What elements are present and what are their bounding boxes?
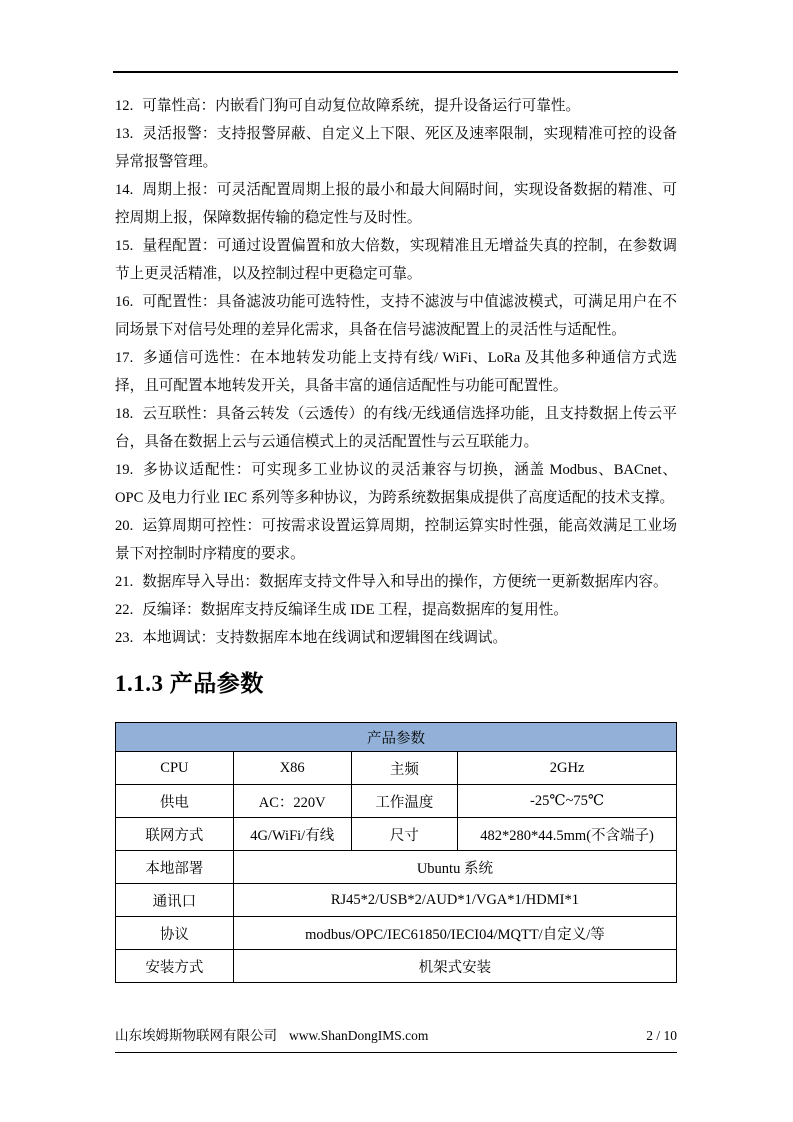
list-item-text: 灵活报警：支持报警屏蔽、自定义上下限、死区及速率限制，实现精准可控的设备异常报警… bbox=[115, 126, 677, 170]
param-label: CPU bbox=[116, 752, 234, 785]
table-header-row: 产品参数 bbox=[116, 723, 677, 752]
table-title: 产品参数 bbox=[116, 723, 677, 752]
list-item: 23.本地调试：支持数据库本地在线调试和逻辑图在线调试。 bbox=[115, 624, 677, 652]
list-item-text: 数据库导入导出：数据库支持文件导入和导出的操作，方便统一更新数据库内容。 bbox=[142, 574, 667, 590]
section-heading: 1.1.3 产品参数 bbox=[115, 667, 677, 701]
list-item-text: 量程配置：可通过设置偏置和放大倍数，实现精准且无增益失真的控制，在参数调节上更灵… bbox=[115, 238, 677, 282]
product-parameters-table: 产品参数 CPU X86 主频 2GHz 供电 AC：220V 工作温度 -25… bbox=[115, 722, 677, 983]
table-row: 通讯口 RJ45*2/USB*2/AUD*1/VGA*1/HDMI*1 bbox=[116, 884, 677, 917]
document-page: 12.可靠性高：内嵌看门狗可自动复位故障系统，提升设备运行可靠性。 13.灵活报… bbox=[0, 0, 793, 1122]
header-rule bbox=[113, 71, 678, 73]
list-item-number: 15. bbox=[115, 238, 142, 254]
param-value: -25℃~75℃ bbox=[458, 785, 677, 818]
list-item-number: 17. bbox=[115, 350, 142, 366]
page-footer: 山东埃姆斯物联网有限公司www.ShanDongIMS.com 2 / 10 bbox=[115, 1026, 677, 1046]
footer-left: 山东埃姆斯物联网有限公司www.ShanDongIMS.com bbox=[115, 1026, 428, 1046]
list-item: 21.数据库导入导出：数据库支持文件导入和导出的操作，方便统一更新数据库内容。 bbox=[115, 568, 677, 596]
list-item-number: 19. bbox=[115, 462, 142, 478]
list-item-text: 运算周期可控性：可按需求设置运算周期，控制运算实时性强，能高效满足工业场景下对控… bbox=[115, 518, 677, 562]
list-item: 12.可靠性高：内嵌看门狗可自动复位故障系统，提升设备运行可靠性。 bbox=[115, 92, 677, 120]
page-content: 12.可靠性高：内嵌看门狗可自动复位故障系统，提升设备运行可靠性。 13.灵活报… bbox=[115, 92, 677, 983]
param-label: 安装方式 bbox=[116, 950, 234, 983]
footer-rule bbox=[115, 1052, 677, 1053]
param-value: 2GHz bbox=[458, 752, 677, 785]
page-number: 2 / 10 bbox=[646, 1026, 677, 1046]
list-item: 19.多协议适配性：可实现多工业协议的灵活兼容与切换，涵盖 Modbus、BAC… bbox=[115, 456, 677, 512]
feature-list: 12.可靠性高：内嵌看门狗可自动复位故障系统，提升设备运行可靠性。 13.灵活报… bbox=[115, 92, 677, 652]
list-item-text: 本地调试：支持数据库本地在线调试和逻辑图在线调试。 bbox=[142, 630, 507, 646]
param-label: 尺寸 bbox=[351, 818, 458, 851]
param-value: RJ45*2/USB*2/AUD*1/VGA*1/HDMI*1 bbox=[233, 884, 676, 917]
table-row: 供电 AC：220V 工作温度 -25℃~75℃ bbox=[116, 785, 677, 818]
list-item-number: 14. bbox=[115, 182, 142, 198]
list-item: 22.反编译：数据库支持反编译生成 IDE 工程，提高数据库的复用性。 bbox=[115, 596, 677, 624]
list-item-text: 云互联性：具备云转发（云透传）的有线/无线通信选择功能，且支持数据上传云平台，具… bbox=[115, 406, 677, 450]
list-item: 13.灵活报警：支持报警屏蔽、自定义上下限、死区及速率限制，实现精准可控的设备异… bbox=[115, 120, 677, 176]
list-item: 16.可配置性：具备滤波功能可选特性，支持不滤波与中值滤波模式，可满足用户在不同… bbox=[115, 288, 677, 344]
param-value: X86 bbox=[233, 752, 351, 785]
list-item-text: 周期上报：可灵活配置周期上报的最小和最大间隔时间，实现设备数据的精准、可控周期上… bbox=[115, 182, 677, 226]
param-label: 联网方式 bbox=[116, 818, 234, 851]
param-value: 4G/WiFi/有线 bbox=[233, 818, 351, 851]
list-item-number: 16. bbox=[115, 294, 142, 310]
list-item: 14.周期上报：可灵活配置周期上报的最小和最大间隔时间，实现设备数据的精准、可控… bbox=[115, 176, 677, 232]
company-name: 山东埃姆斯物联网有限公司 bbox=[115, 1028, 277, 1043]
company-website: www.ShanDongIMS.com bbox=[289, 1028, 428, 1043]
param-label: 协议 bbox=[116, 917, 234, 950]
param-value: 482*280*44.5mm(不含端子) bbox=[458, 818, 677, 851]
list-item-text: 可配置性：具备滤波功能可选特性，支持不滤波与中值滤波模式，可满足用户在不同场景下… bbox=[115, 294, 677, 338]
list-item-number: 12. bbox=[115, 98, 142, 114]
list-item-text: 多通信可选性：在本地转发功能上支持有线/ WiFi、LoRa 及其他多种通信方式… bbox=[115, 350, 677, 394]
param-value: AC：220V bbox=[233, 785, 351, 818]
param-label: 工作温度 bbox=[351, 785, 458, 818]
list-item-text: 多协议适配性：可实现多工业协议的灵活兼容与切换，涵盖 Modbus、BACnet… bbox=[115, 462, 677, 506]
list-item-number: 23. bbox=[115, 630, 142, 646]
param-value: Ubuntu 系统 bbox=[233, 851, 676, 884]
list-item: 20.运算周期可控性：可按需求设置运算周期，控制运算实时性强，能高效满足工业场景… bbox=[115, 512, 677, 568]
list-item-number: 20. bbox=[115, 518, 142, 534]
table-row: CPU X86 主频 2GHz bbox=[116, 752, 677, 785]
param-label: 通讯口 bbox=[116, 884, 234, 917]
param-label: 供电 bbox=[116, 785, 234, 818]
list-item-number: 13. bbox=[115, 126, 142, 142]
list-item-number: 22. bbox=[115, 602, 142, 618]
table-row: 联网方式 4G/WiFi/有线 尺寸 482*280*44.5mm(不含端子) bbox=[116, 818, 677, 851]
list-item-number: 18. bbox=[115, 406, 142, 422]
list-item-text: 可靠性高：内嵌看门狗可自动复位故障系统，提升设备运行可靠性。 bbox=[142, 98, 580, 114]
table-row: 本地部署 Ubuntu 系统 bbox=[116, 851, 677, 884]
list-item-text: 反编译：数据库支持反编译生成 IDE 工程，提高数据库的复用性。 bbox=[142, 602, 568, 618]
param-value: 机架式安装 bbox=[233, 950, 676, 983]
list-item-number: 21. bbox=[115, 574, 142, 590]
param-label: 主频 bbox=[351, 752, 458, 785]
table-row: 协议 modbus/OPC/IEC61850/IECI04/MQTT/自定义/等 bbox=[116, 917, 677, 950]
list-item: 18.云互联性：具备云转发（云透传）的有线/无线通信选择功能，且支持数据上传云平… bbox=[115, 400, 677, 456]
param-label: 本地部署 bbox=[116, 851, 234, 884]
param-value: modbus/OPC/IEC61850/IECI04/MQTT/自定义/等 bbox=[233, 917, 676, 950]
table-row: 安装方式 机架式安装 bbox=[116, 950, 677, 983]
list-item: 17.多通信可选性：在本地转发功能上支持有线/ WiFi、LoRa 及其他多种通… bbox=[115, 344, 677, 400]
list-item: 15.量程配置：可通过设置偏置和放大倍数，实现精准且无增益失真的控制，在参数调节… bbox=[115, 232, 677, 288]
